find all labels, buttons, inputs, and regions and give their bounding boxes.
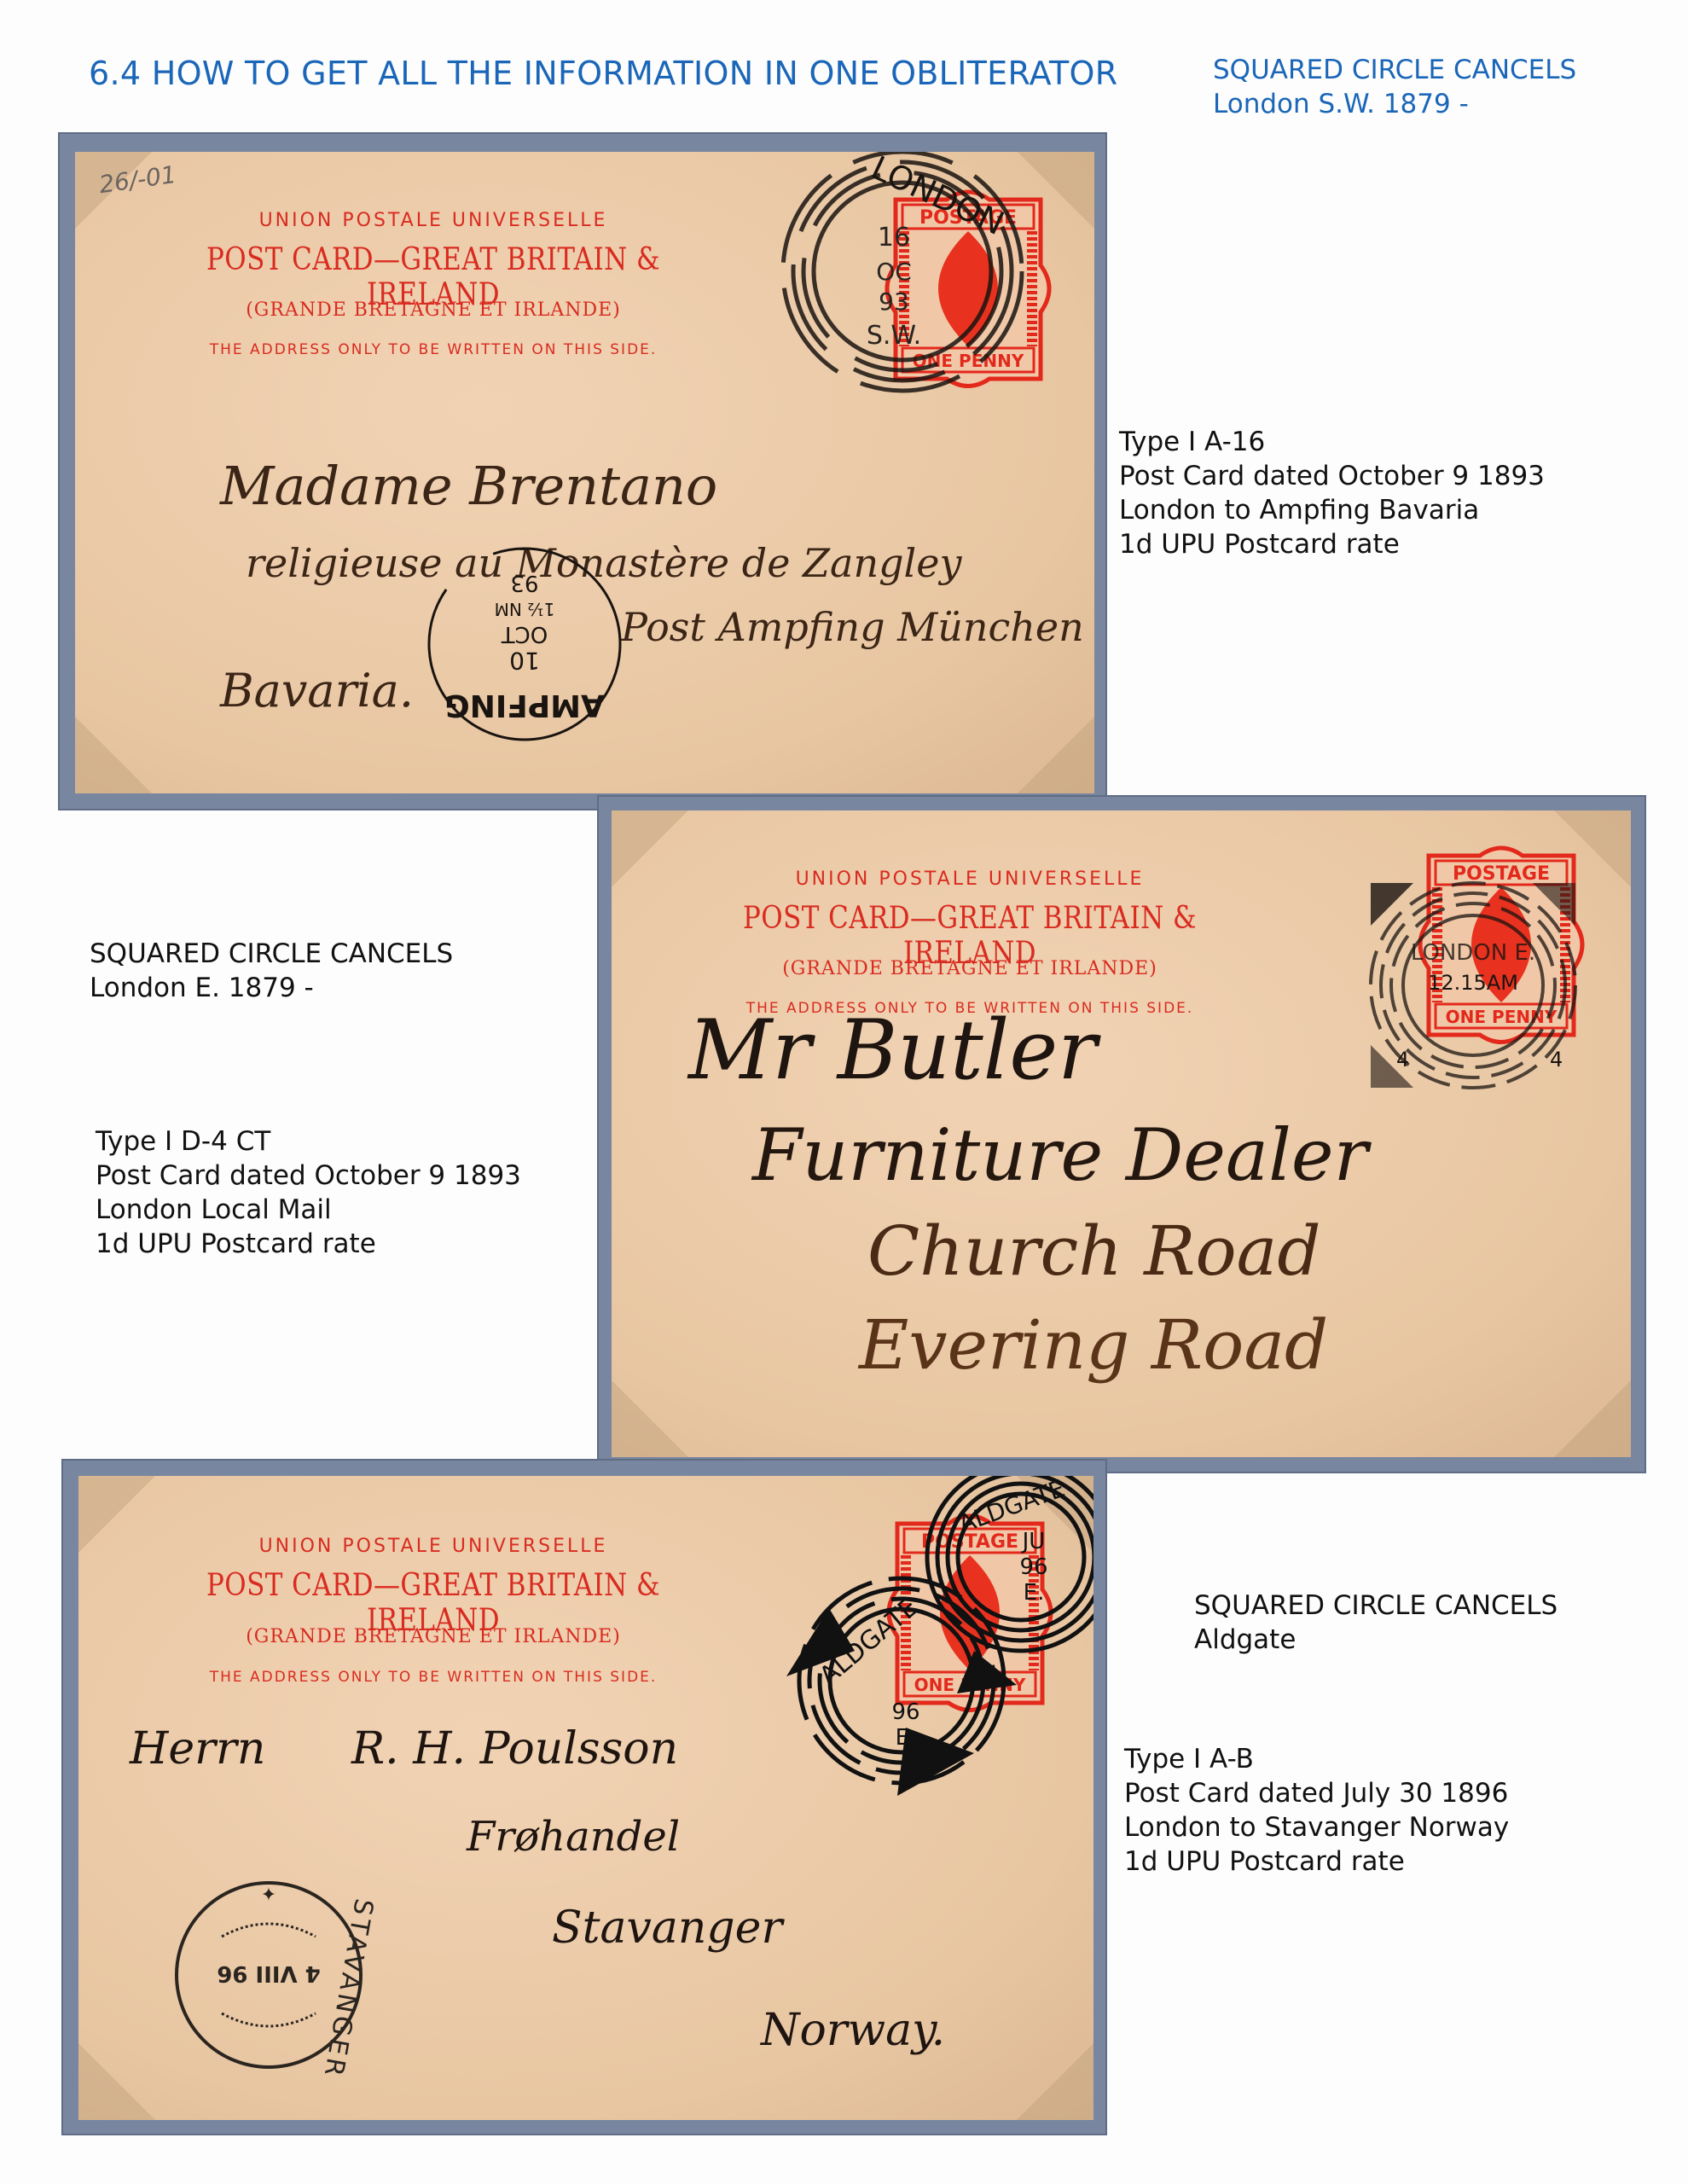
card-1-address-line-1: Madame Brentano — [220, 455, 717, 517]
caption-rate: 1d UPU Postcard rate — [1124, 1844, 1509, 1879]
page-title: 6.4 HOW TO GET ALL THE INFORMATION IN ON… — [89, 55, 1117, 92]
card-3-address-line-3: Frøhandel — [467, 1813, 680, 1861]
section-1-subheading: London S.W. 1879 - — [1213, 87, 1576, 121]
london-sw-squared-circle-postmark: LONDON 16 OC 93 S.W. — [766, 152, 1039, 408]
svg-text:AMPFING: AMPFING — [444, 688, 605, 723]
svg-text:16: 16 — [878, 223, 910, 253]
svg-text:JU: JU — [1021, 1529, 1046, 1554]
postcard-2: UNION POSTALE UNIVERSELLE POST CARD—GREA… — [612, 810, 1631, 1457]
svg-text:93: 93 — [510, 570, 538, 595]
svg-text:E.: E. — [896, 1725, 917, 1751]
caption-route: London Local Mail — [96, 1193, 521, 1227]
svg-text:E.: E. — [1024, 1580, 1045, 1606]
card-2-address-line-3: Church Road — [867, 1211, 1321, 1291]
card-1-address-instruction: THE ADDRESS ONLY TO BE WRITTEN ON THIS S… — [109, 341, 757, 358]
card-3-sub-header: (GRANDE BRETAGNE ET IRLANDE) — [109, 1626, 757, 1647]
postcard-3: UNION POSTALE UNIVERSELLE POST CARD—GREA… — [78, 1476, 1093, 2120]
card-1-sub-header: (GRANDE BRETAGNE ET IRLANDE) — [109, 299, 757, 321]
card-2-upu-header: UNION POSTALE UNIVERSELLE — [646, 868, 1294, 890]
svg-text:93: 93 — [879, 288, 909, 316]
caption-date: Post Card dated October 9 1893 — [1119, 459, 1545, 493]
london-e-squared-circle-postmark: LONDON E. 12.15AM 4 4 — [1362, 874, 1584, 1096]
card-3-address-line-4: Stavanger — [552, 1902, 782, 1954]
section-2-heading-block: SQUARED CIRCLE CANCELS London E. 1879 - — [90, 937, 453, 1005]
card-2-address-line-2: Furniture Dealer — [752, 1113, 1368, 1197]
card-1-upu-header: UNION POSTALE UNIVERSELLE — [109, 210, 757, 231]
section-2-heading: SQUARED CIRCLE CANCELS — [90, 937, 453, 971]
caption-type: Type I D-4 CT — [96, 1124, 521, 1159]
section-3-heading: SQUARED CIRCLE CANCELS — [1194, 1589, 1557, 1623]
svg-text:OCT: OCT — [502, 621, 548, 647]
section-3-subheading: Aldgate — [1194, 1623, 1557, 1657]
caption-route: London to Ampfing Bavaria — [1119, 493, 1545, 527]
caption-type: Type I A-B — [1124, 1742, 1509, 1776]
section-1-heading-block: SQUARED CIRCLE CANCELS London S.W. 1879 … — [1213, 53, 1576, 121]
aldgate-squared-circle-postmark-2: ALDGATE 96 E. — [778, 1557, 1025, 1804]
card-3-address-line-1: Herrn — [130, 1723, 265, 1774]
stavanger-receiving-postmark: ✦ 4 VIII 96 STAVANGER — [171, 1877, 367, 2073]
card-1-address-line-4: Bavaria. — [220, 664, 414, 717]
svg-text:10: 10 — [509, 647, 540, 675]
caption-rate: 1d UPU Postcard rate — [1119, 527, 1545, 561]
svg-text:4: 4 — [1550, 1048, 1563, 1072]
card-2-address-line-1: Mr Butler — [688, 1002, 1097, 1098]
card-2-address-line-4: Evering Road — [859, 1305, 1328, 1385]
caption-route: London to Stavanger Norway — [1124, 1810, 1509, 1844]
svg-text:12.15AM: 12.15AM — [1428, 971, 1518, 995]
card-3-upu-header: UNION POSTALE UNIVERSELLE — [109, 1536, 757, 1557]
svg-text:4 VIII 96: 4 VIII 96 — [217, 1960, 321, 1986]
ampfing-receiving-postmark: AMPFING 10 OCT 1½ NM 93 — [422, 542, 627, 746]
caption-date: Post Card dated July 30 1896 — [1124, 1776, 1509, 1810]
section-2-subheading: London E. 1879 - — [90, 971, 453, 1005]
caption-date: Post Card dated October 9 1893 — [96, 1159, 521, 1193]
section-1-caption: Type I A-16 Post Card dated October 9 18… — [1119, 425, 1545, 561]
svg-text:1½ NM: 1½ NM — [495, 599, 555, 619]
card-1-address-line-3: Post Ampfing München — [621, 604, 1084, 650]
card-3-address-instruction: THE ADDRESS ONLY TO BE WRITTEN ON THIS S… — [109, 1669, 757, 1686]
card-3-address-line-5: Norway. — [761, 2005, 945, 2056]
caption-rate: 1d UPU Postcard rate — [96, 1227, 521, 1261]
svg-text:96: 96 — [891, 1699, 919, 1725]
svg-text:S.W.: S.W. — [867, 321, 921, 351]
card-2-sub-header: (GRANDE BRETAGNE ET IRLANDE) — [646, 958, 1294, 979]
svg-text:✦: ✦ — [261, 1885, 276, 1906]
svg-text:LONDON E.: LONDON E. — [1411, 940, 1535, 966]
section-3-caption: Type I A-B Post Card dated July 30 1896 … — [1124, 1742, 1509, 1879]
svg-text:4: 4 — [1396, 1048, 1409, 1072]
section-3-heading-block: SQUARED CIRCLE CANCELS Aldgate — [1194, 1589, 1557, 1657]
section-1-heading: SQUARED CIRCLE CANCELS — [1213, 53, 1576, 87]
card-3-address-line-2: R. H. Poulsson — [351, 1723, 678, 1774]
caption-type: Type I A-16 — [1119, 425, 1545, 459]
svg-text:OC: OC — [876, 258, 912, 286]
postcard-1: 26/-01 UNION POSTALE UNIVERSELLE POST CA… — [75, 152, 1094, 793]
section-2-caption: Type I D-4 CT Post Card dated October 9 … — [96, 1124, 521, 1261]
svg-text:STAVANGER: STAVANGER — [317, 1896, 379, 2082]
